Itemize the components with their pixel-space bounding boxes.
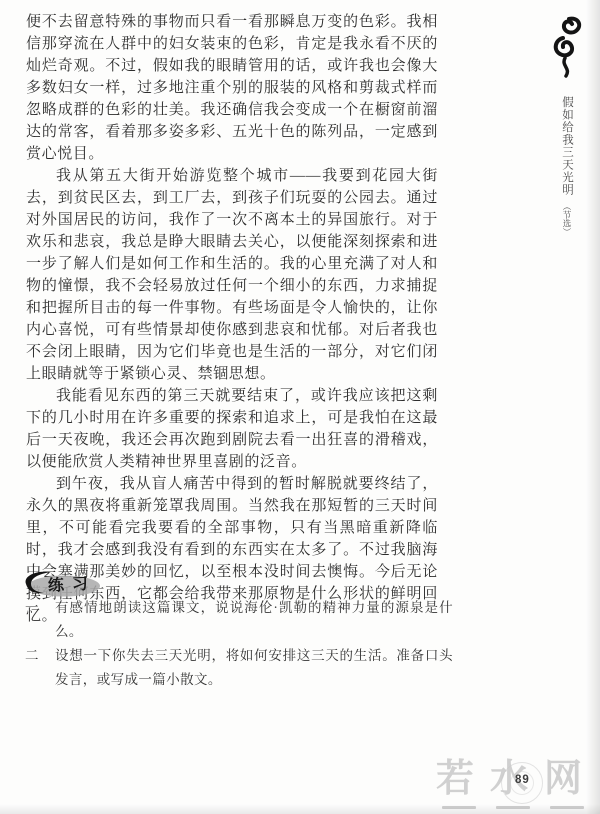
exercise-number: 二: [25, 644, 55, 668]
watermark-caption: [442, 806, 584, 809]
page-number: 89: [515, 774, 530, 786]
exercise-list: 一 有感情地朗读这篇课文，说说海伦·凯勒的精神力量的源泉是什么。 二 设想一下你…: [25, 596, 453, 692]
right-margin-column: 假如给我三天光明 （节选）: [544, 14, 590, 334]
exercise-text: 设想一下你失去三天光明，将如何安排这三天的生活。准备口头发言，或写成一篇小散文。: [55, 644, 453, 691]
body-paragraph: 便不去留意特殊的事物而只看一看那瞬息万变的色彩。我相信那穿流在人群中的妇女装束的…: [26, 11, 438, 165]
body-text-block: 便不去留意特殊的事物而只看一看那瞬息万变的色彩。我相信那穿流在人群中的妇女装束的…: [26, 11, 438, 627]
calligraphic-flourish-icon: [549, 16, 585, 78]
exercise-header-label: 练习: [47, 573, 96, 594]
exercise-item: 一 有感情地朗读这篇课文，说说海伦·凯勒的精神力量的源泉是什么。: [25, 596, 453, 643]
textbook-page: 便不去留意特殊的事物而只看一看那瞬息万变的色彩。我相信那穿流在人群中的妇女装束的…: [0, 0, 600, 814]
body-paragraph: 我从第五大街开始游览整个城市——我要到花园大街去，到贫民区去，到工厂去，到孩子们…: [26, 165, 438, 385]
body-paragraph: 我能看见东西的第三天就要结束了，或许我应该把这剩下的几小时用在许多重要的探索和追…: [26, 385, 438, 473]
margin-lesson-subtitle: （节选）: [561, 202, 573, 236]
exercise-number: 一: [25, 596, 55, 620]
exercise-text: 有感情地朗读这篇课文，说说海伦·凯勒的精神力量的源泉是什么。: [55, 596, 453, 643]
margin-lesson-title: 假如给我三天光明: [559, 96, 575, 196]
exercise-item: 二 设想一下你失去三天光明，将如何安排这三天的生活。准备口头发言，或写成一篇小散…: [25, 644, 453, 691]
